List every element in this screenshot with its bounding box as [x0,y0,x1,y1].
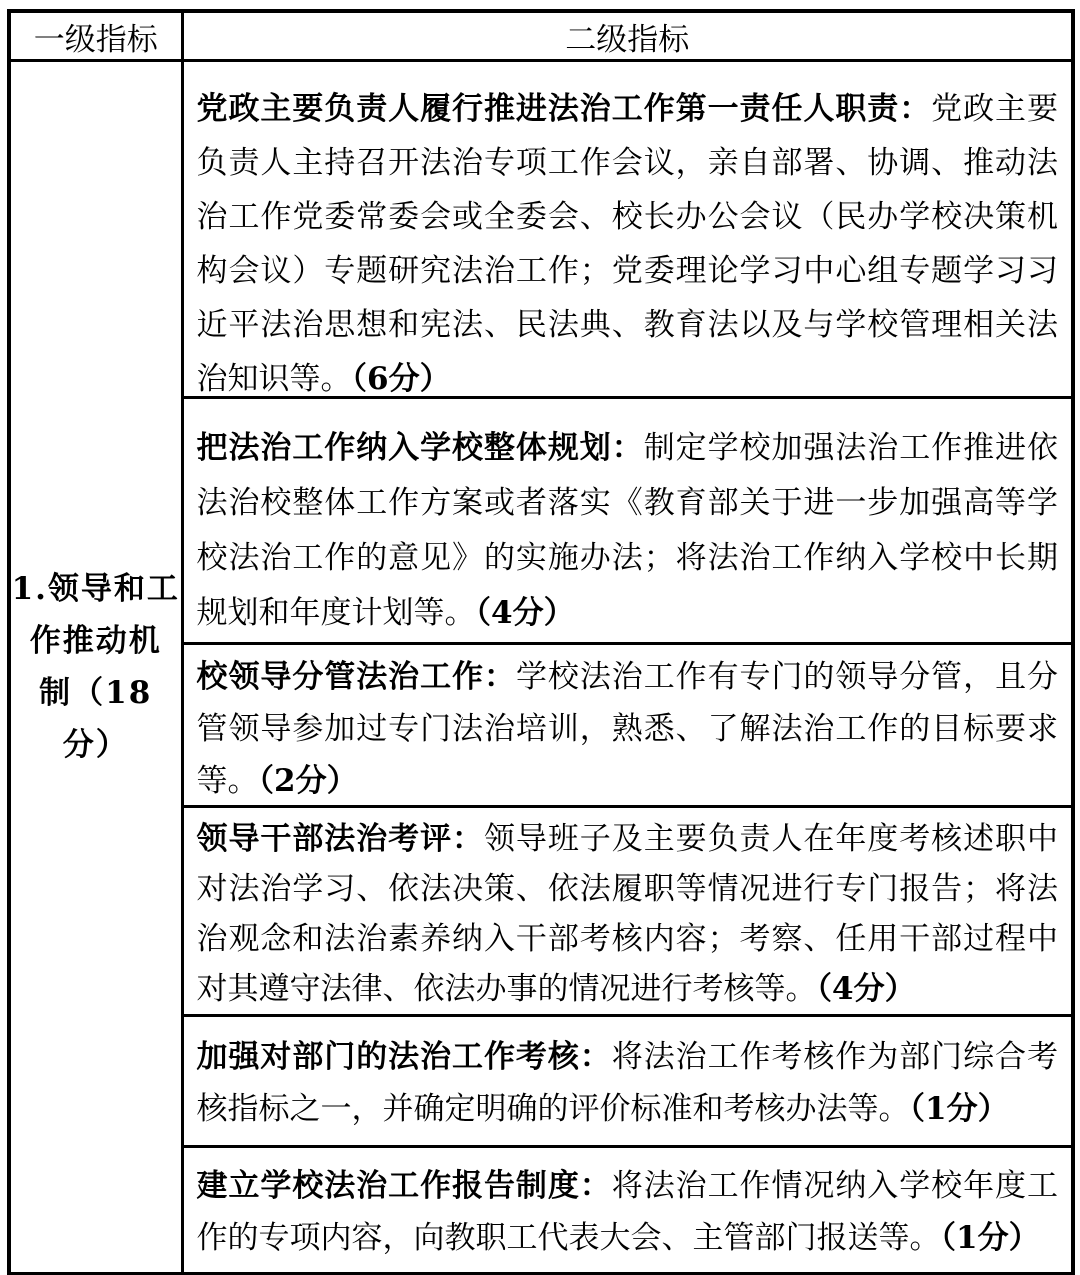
secondary-indicator-content: 建立学校法治工作报告制度：将法治工作情况纳入学校年度工作的专项内容，向教职工代表… [184,1148,1072,1272]
indicator-score: （1分） [941,1220,1040,1256]
indicator-table: 一级指标 二级指标 1.领导和工 作推动机 制（18 分） 党政主要负责人履行推… [7,9,1075,1275]
indicator-body: 党政主要负责人主持召开法治专项工作会议，亲自部署、协调、推动法治工作党委常委会或… [197,91,1059,396]
document-page: 一级指标 二级指标 1.领导和工 作推动机 制（18 分） 党政主要负责人履行推… [0,0,1080,1275]
indicator-title: 加强对部门的法治工作考核： [197,1039,612,1075]
secondary-indicator-content: 党政主要负责人履行推进法治工作第一责任人职责：党政主要负责人主持召开法治专项工作… [184,62,1072,396]
primary-indicator-line: 制（18 [11,667,181,719]
indicator-score: （1分） [910,1091,1009,1127]
secondary-indicator-content: 把法治工作纳入学校整体规划：制定学校加强法治工作推进依法治校整体工作方案或者落实… [184,399,1072,642]
secondary-indicator-content: 加强对部门的法治工作考核：将法治工作考核作为部门综合考核指标之一，并确定明确的评… [184,1017,1072,1145]
primary-indicator-cell: 1.领导和工 作推动机 制（18 分） [9,61,182,1275]
secondary-indicator-cell: 校领导分管法治工作：学校法治工作有专门的领导分管，且分管领导参加过专门法治培训，… [182,644,1073,807]
indicator-score: （6分） [352,361,451,396]
primary-indicator-line: 作推动机 [11,615,181,667]
secondary-indicator-content: 领导干部法治考评：领导班子及主要负责人在年度考核述职中对法治学习、依法决策、依法… [184,808,1072,1014]
table-row: 1.领导和工 作推动机 制（18 分） 党政主要负责人履行推进法治工作第一责任人… [9,61,1073,398]
secondary-indicator-cell: 党政主要负责人履行推进法治工作第一责任人职责：党政主要负责人主持召开法治专项工作… [182,61,1073,398]
primary-indicator-text: 1.领导和工 作推动机 制（18 分） [11,563,181,771]
primary-indicator-line: 1.领导和工 [11,563,181,615]
indicator-score: （4分） [817,971,916,1007]
header-primary-indicator: 一级指标 [9,11,182,61]
indicator-title: 校领导分管法治工作： [197,659,516,695]
secondary-indicator-content: 校领导分管法治工作：学校法治工作有专门的领导分管，且分管领导参加过专门法治培训，… [184,645,1072,805]
primary-indicator-line: 分） [11,719,181,771]
secondary-indicator-cell: 领导干部法治考评：领导班子及主要负责人在年度考核述职中对法治学习、依法决策、依法… [182,807,1073,1016]
indicator-score: （4分） [476,595,575,631]
indicator-title: 党政主要负责人履行推进法治工作第一责任人职责： [197,91,932,127]
header-row: 一级指标 二级指标 [9,11,1073,61]
secondary-indicator-cell: 加强对部门的法治工作考核：将法治工作考核作为部门综合考核指标之一，并确定明确的评… [182,1016,1073,1147]
secondary-indicator-cell: 建立学校法治工作报告制度：将法治工作情况纳入学校年度工作的专项内容，向教职工代表… [182,1147,1073,1275]
indicator-title: 建立学校法治工作报告制度： [197,1168,612,1204]
indicator-score: （2分） [259,763,358,799]
secondary-indicator-cell: 把法治工作纳入学校整体规划：制定学校加强法治工作推进依法治校整体工作方案或者落实… [182,398,1073,644]
indicator-title: 把法治工作纳入学校整体规划： [197,430,644,466]
header-secondary-indicator: 二级指标 [182,11,1073,61]
indicator-title: 领导干部法治考评： [197,821,484,857]
